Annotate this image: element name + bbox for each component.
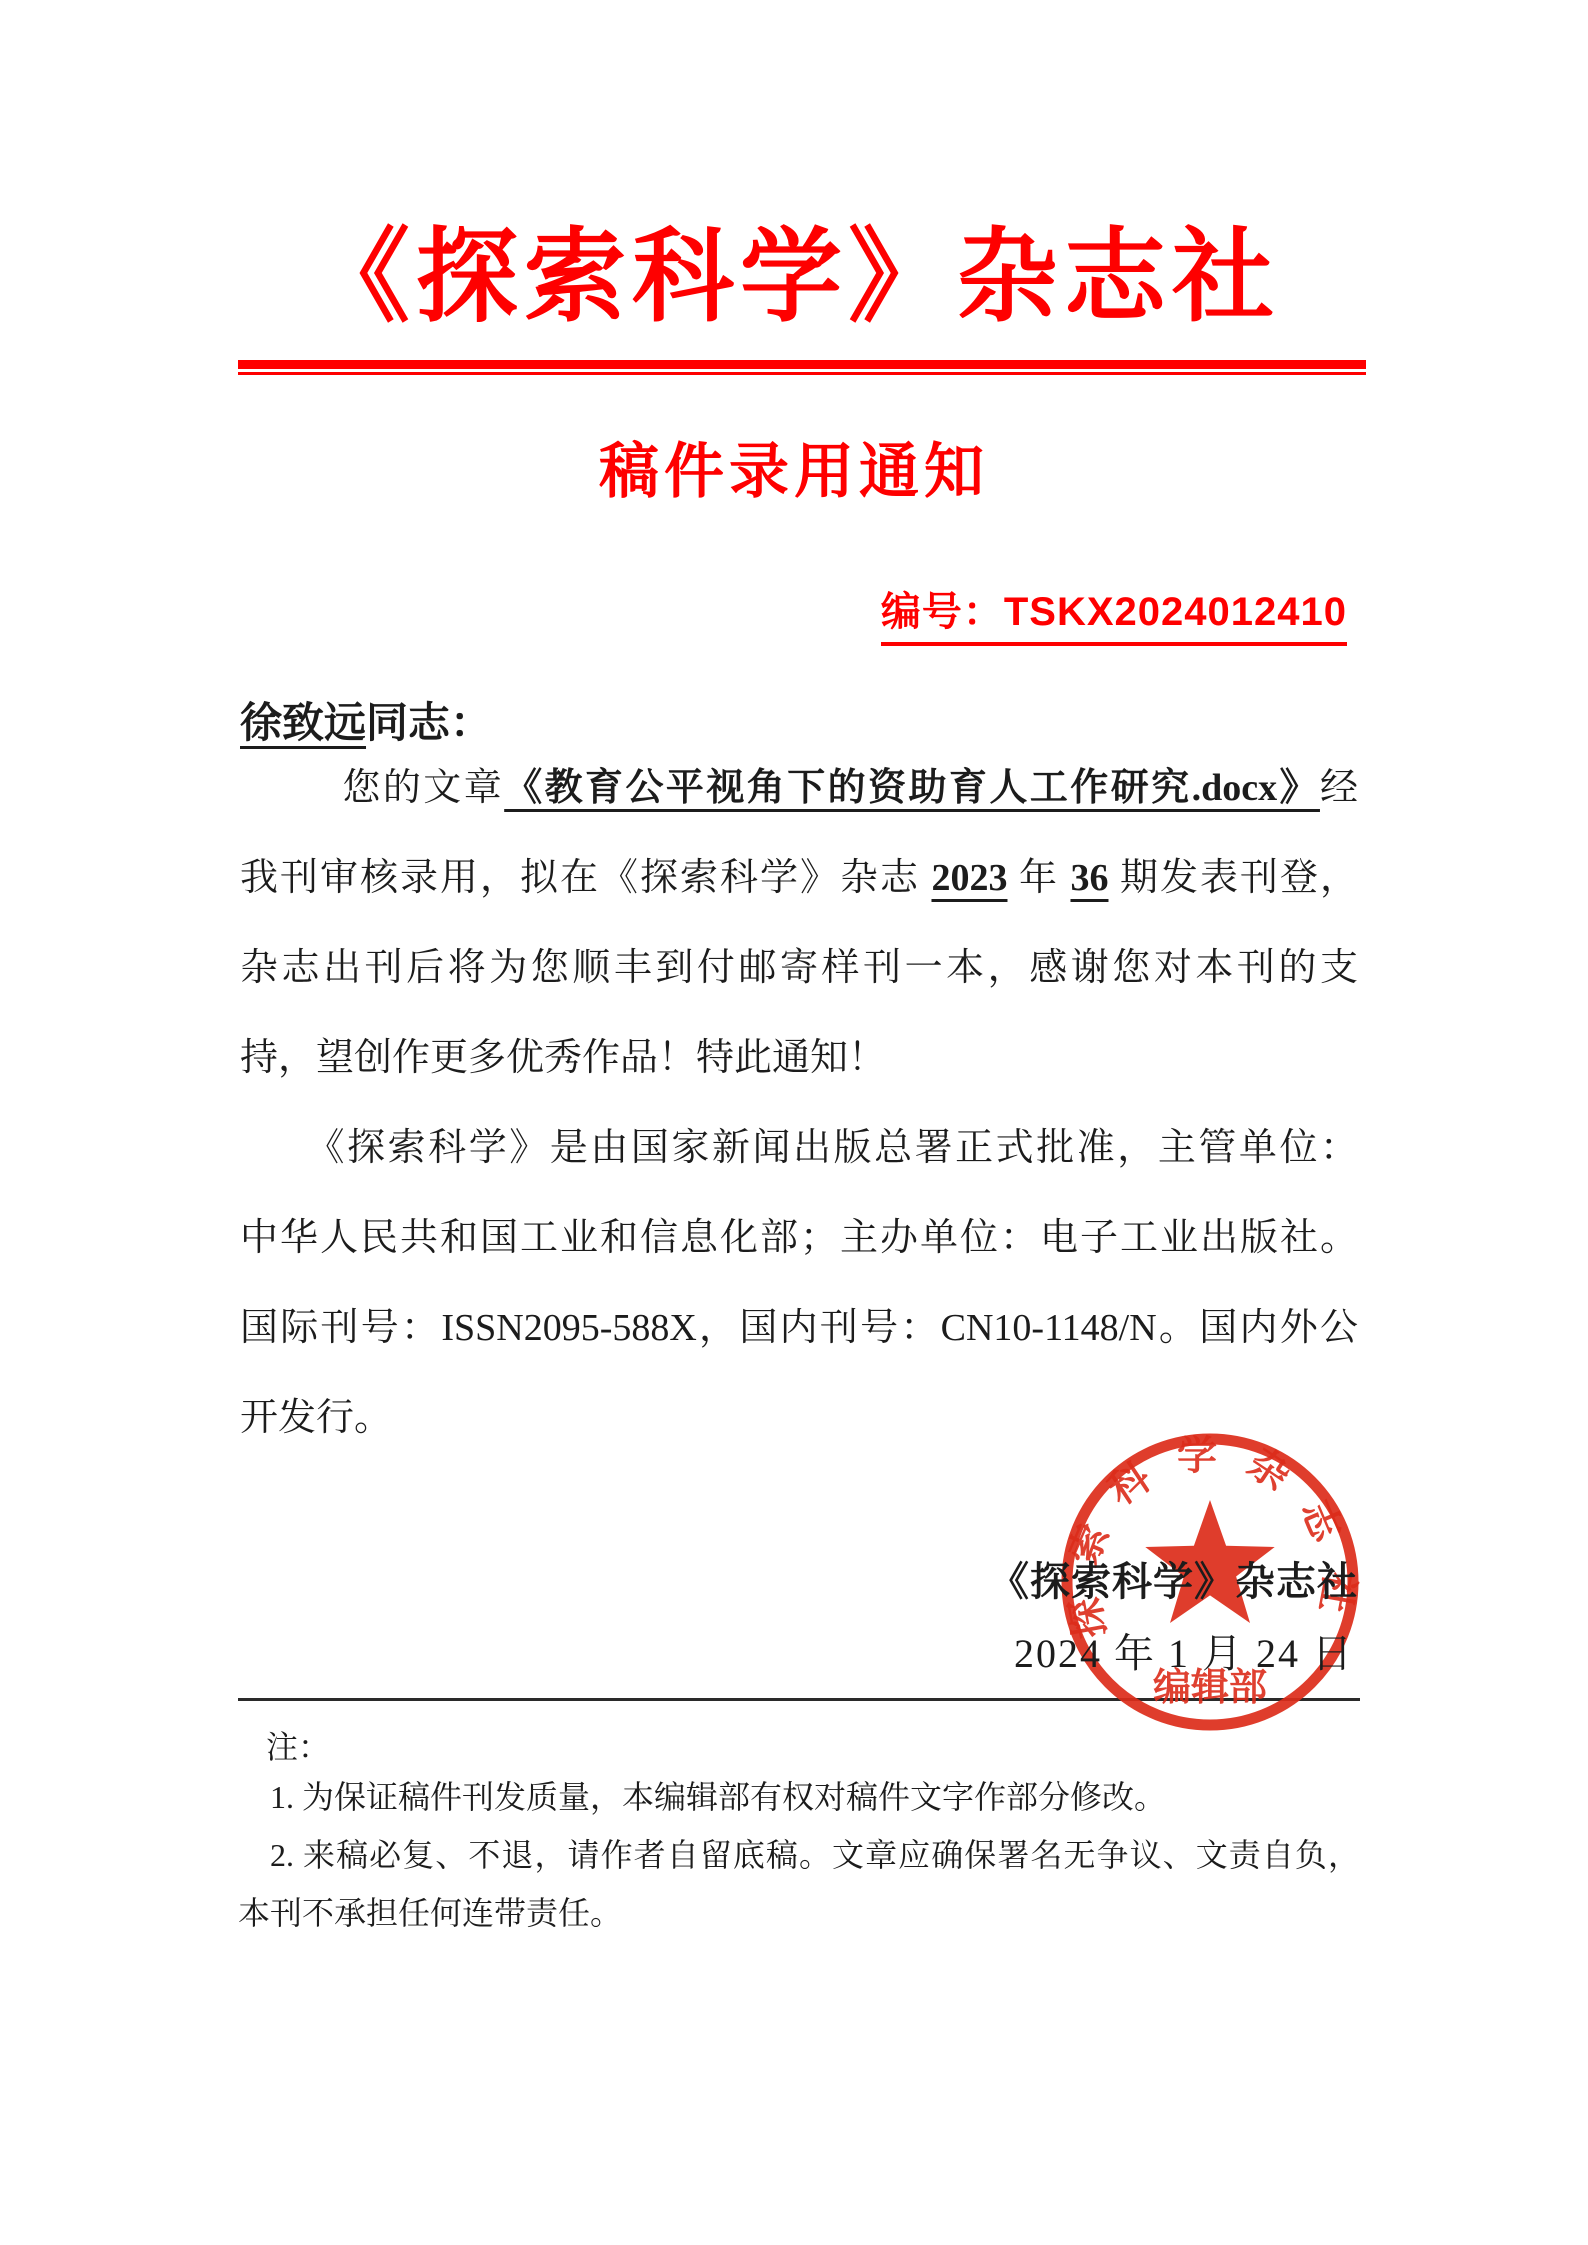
text-run: 我刊审核录用，拟在《探索科学》杂志 — [240, 857, 931, 899]
text-line: 杂志出刊后将为您顺丰到付邮寄样刊一本，感谢您对本刊的支 — [240, 923, 1358, 1013]
text-line: 2. 来稿必复、不退，请作者自留底稿。文章应确保署名无争议、文责自负， — [238, 1826, 1360, 1884]
text-run: 36 — [1070, 857, 1108, 899]
acceptance-letter-page: 《探索科学》杂志社 稿件录用通知 编号：TSKX2024012410 徐致远同志… — [0, 0, 1588, 2245]
text-run: 持，望创作更多优秀作品！特此通知！ — [240, 1037, 886, 1079]
masthead-rule-thick — [238, 360, 1366, 369]
text-run: 《探索科学》是由国家新闻出版总署正式批准，主管单位： — [304, 1127, 1358, 1169]
text-run: 中华人民共和国工业和信息化部；主办单位：电子工业出版社。 — [240, 1217, 1358, 1259]
first-line-indent — [240, 1159, 304, 1160]
recipient-line: 徐致远同志： — [240, 690, 492, 750]
text-run: 开发行。 — [240, 1397, 392, 1439]
signature-organization: 《探索科学》杂志社 — [989, 1550, 1358, 1607]
text-run: 经 — [1320, 767, 1358, 809]
letter-body: 您的文章《教育公平视角下的资助育人工作研究.docx》经我刊审核录用，拟在《探索… — [240, 743, 1358, 1463]
text-run: 《教育公平视角下的资助育人工作研究.docx》 — [504, 767, 1320, 809]
text-line: 我刊审核录用，拟在《探索科学》杂志 2023 年 36 期发表刊登， — [240, 833, 1358, 923]
notes-label: 注： — [266, 1722, 330, 1768]
text-run: 您的文章 — [340, 767, 504, 809]
first-line-indent — [238, 1865, 270, 1866]
text-run: 国际刊号：ISSN2095-588X，国内刊号：CN10-1148/N。国内外公 — [240, 1307, 1358, 1349]
reference-value: TSKX2024012410 — [1004, 590, 1347, 634]
text-run: 2. 来稿必复、不退，请作者自留底稿。文章应确保署名无争议、文责自负， — [270, 1837, 1360, 1873]
recipient-suffix: 同志： — [366, 701, 492, 747]
text-run: 2023 — [931, 857, 1007, 899]
text-line: 《探索科学》是由国家新闻出版总署正式批准，主管单位： — [240, 1103, 1358, 1193]
reference-label: 编号： — [881, 589, 1004, 634]
text-run: 1. 为保证稿件刊发质量，本编辑部有权对稿件文字作部分修改。 — [270, 1779, 1166, 1815]
text-line: 本刊不承担任何连带责任。 — [238, 1884, 1360, 1942]
text-run: 年 — [1007, 857, 1070, 899]
body-paragraph-acceptance: 您的文章《教育公平视角下的资助育人工作研究.docx》经我刊审核录用，拟在《探索… — [240, 743, 1358, 1103]
masthead-rule-thin — [238, 372, 1366, 375]
signature-date: 2024 年 1 月 24 日 — [1014, 1622, 1354, 1679]
masthead-rule — [238, 360, 1366, 375]
notice-title: 稿件录用通知 — [0, 424, 1588, 510]
text-line: 国际刊号：ISSN2095-588X，国内刊号：CN10-1148/N。国内外公 — [240, 1283, 1358, 1373]
text-line: 持，望创作更多优秀作品！特此通知！ — [240, 1013, 1358, 1103]
text-run: 本刊不承担任何连带责任。 — [238, 1895, 622, 1931]
text-line: 您的文章《教育公平视角下的资助育人工作研究.docx》经 — [240, 743, 1358, 833]
notes-list: 1. 为保证稿件刊发质量，本编辑部有权对稿件文字作部分修改。2. 来稿必复、不退… — [238, 1768, 1360, 1942]
first-line-indent — [240, 799, 340, 800]
recipient-name: 徐致远 — [240, 701, 366, 747]
text-line: 中华人民共和国工业和信息化部；主办单位：电子工业出版社。 — [240, 1193, 1358, 1283]
masthead-title: 《探索科学》杂志社 — [0, 196, 1588, 342]
text-run: 杂志出刊后将为您顺丰到付邮寄样刊一本，感谢您对本刊的支 — [240, 947, 1358, 989]
first-line-indent — [238, 1807, 270, 1808]
reference-number-line: 编号：TSKX2024012410 — [881, 580, 1347, 646]
body-paragraph-journal-info: 《探索科学》是由国家新闻出版总署正式批准，主管单位：中华人民共和国工业和信息化部… — [240, 1103, 1358, 1463]
text-run: 期发表刊登， — [1108, 857, 1358, 899]
text-line: 1. 为保证稿件刊发质量，本编辑部有权对稿件文字作部分修改。 — [238, 1768, 1360, 1826]
